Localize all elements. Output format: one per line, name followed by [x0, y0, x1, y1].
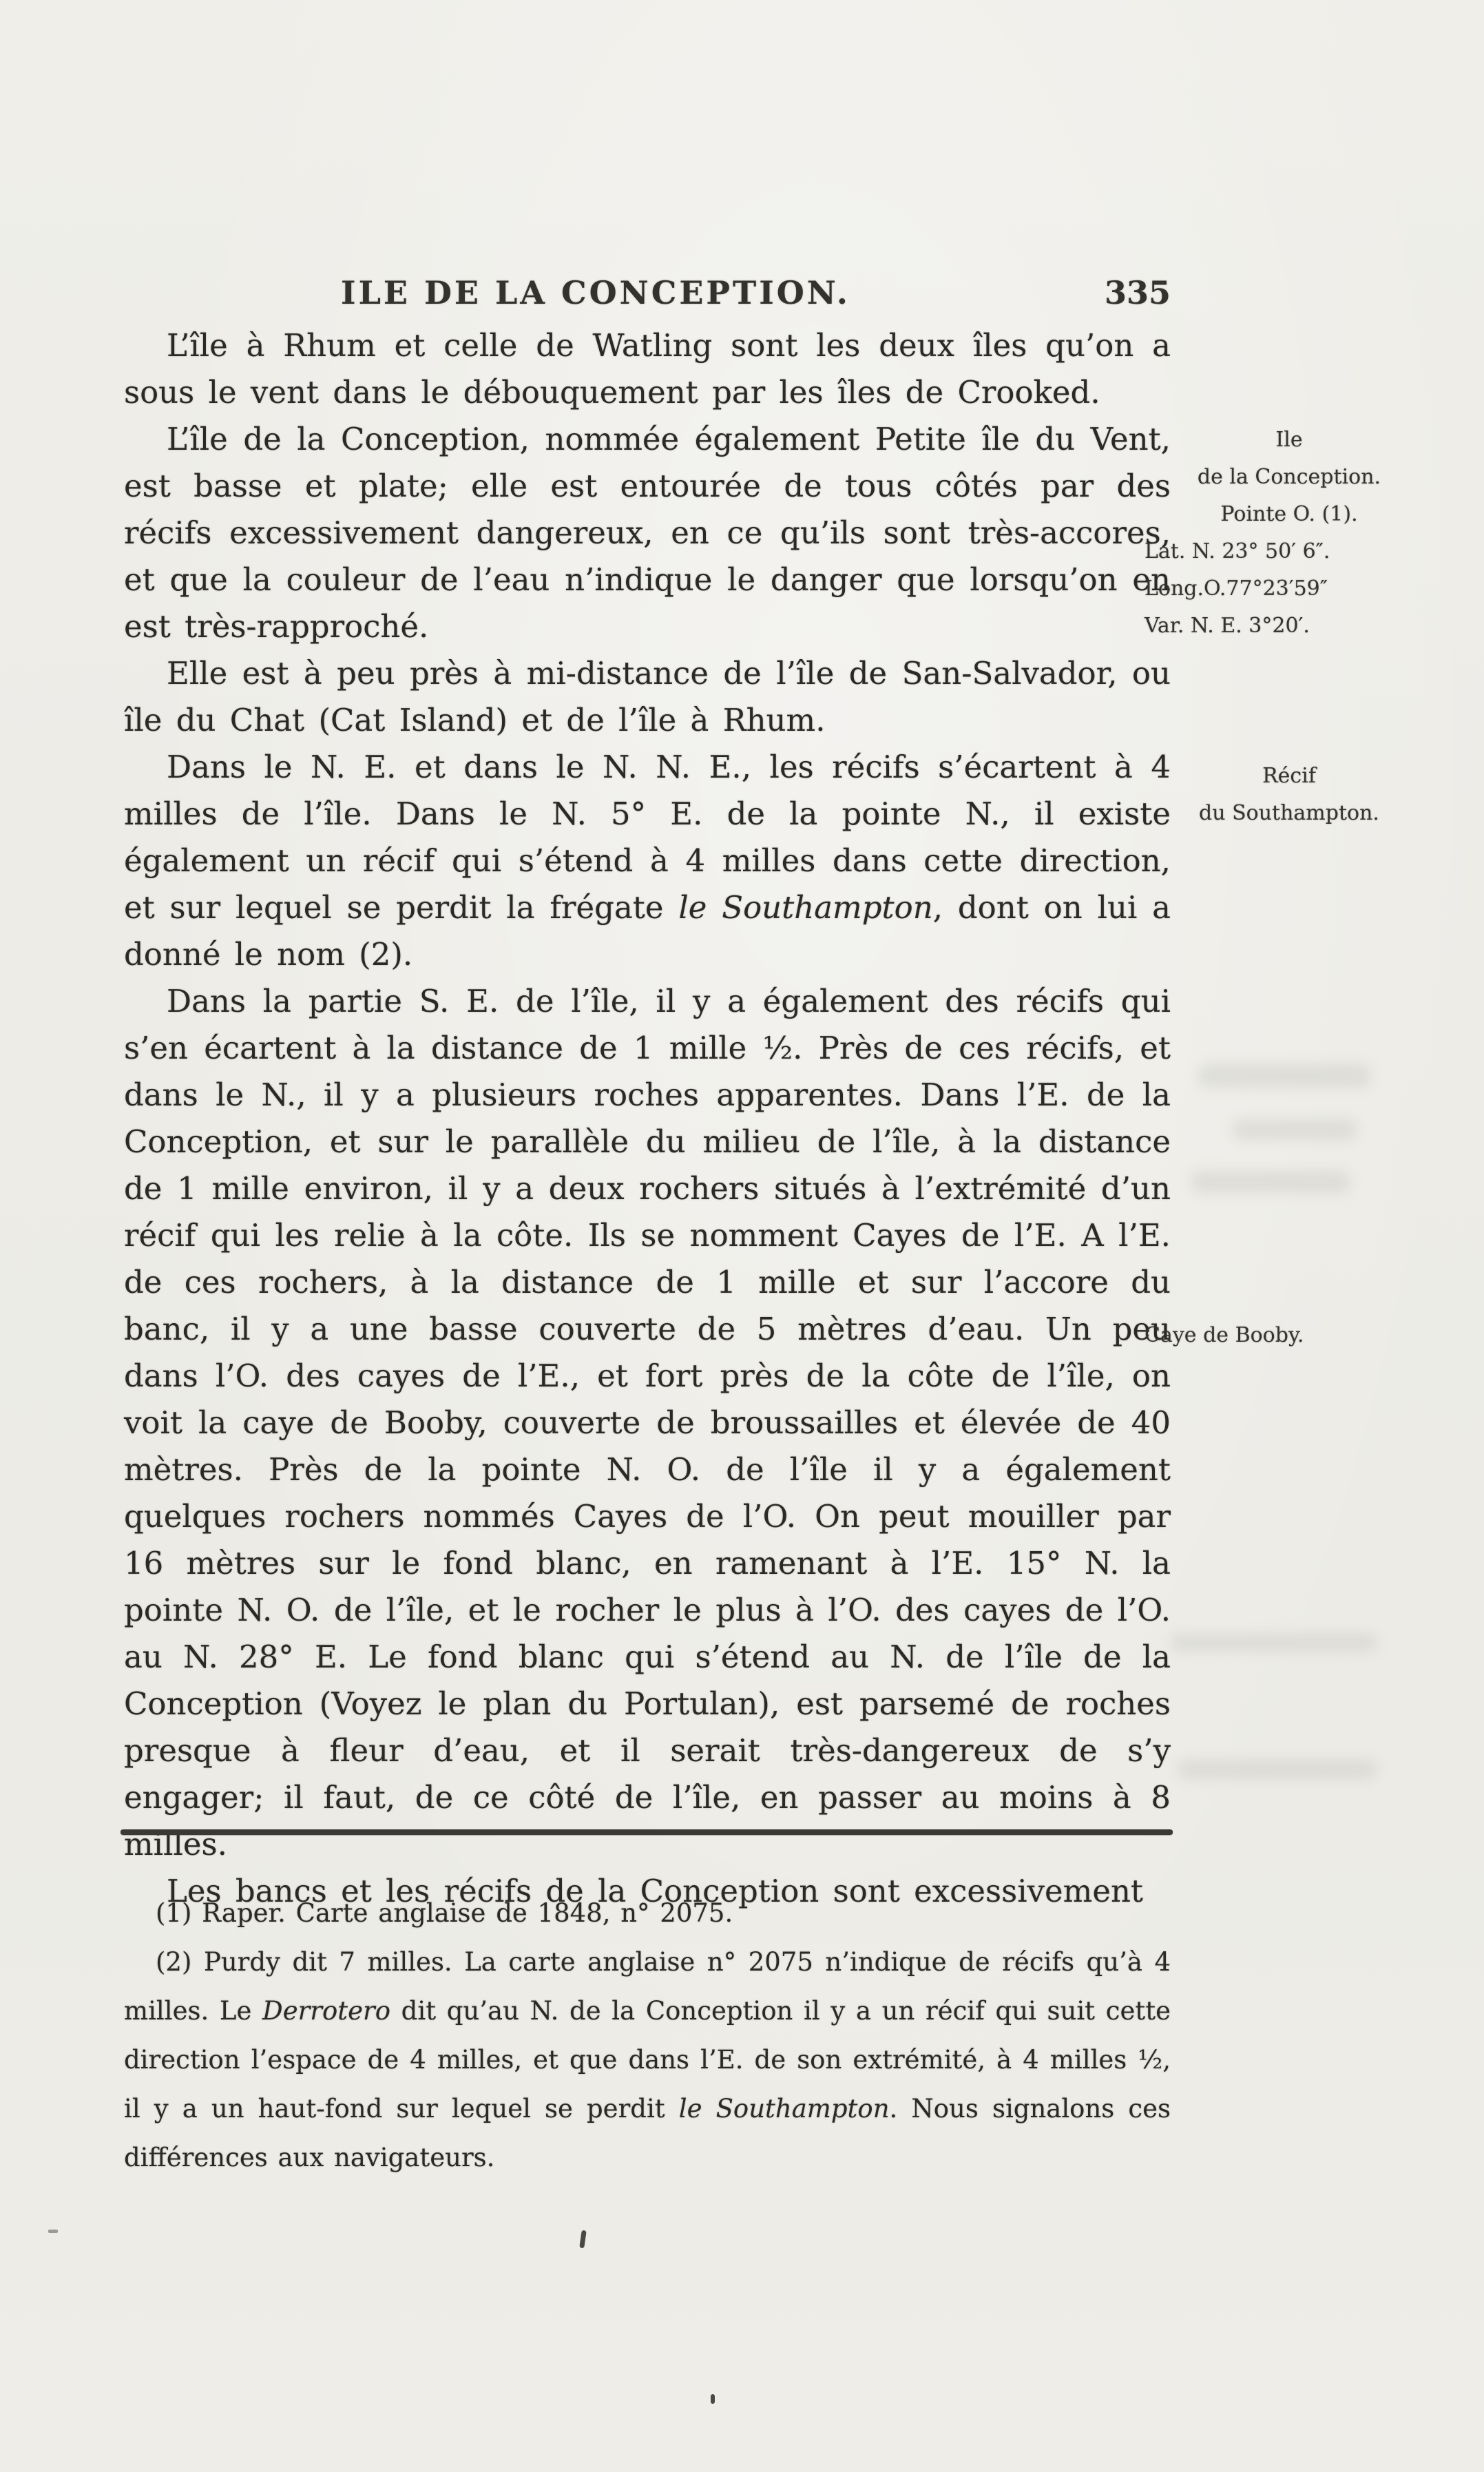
margin-note-longitude: Long.O.77°23′59″ — [1145, 570, 1434, 607]
show-through-smudge — [1198, 1064, 1370, 1088]
margin-note-line: Pointe O. (1). — [1145, 496, 1434, 533]
show-through-smudge — [1171, 1634, 1377, 1652]
footnote-1: (1) Raper. Carte anglaise de 1848, n° 20… — [124, 1889, 1171, 1938]
margin-note-line: Récif — [1145, 758, 1434, 795]
margin-note-line: Ile — [1145, 422, 1434, 459]
ink-speck — [48, 2230, 58, 2233]
paragraph-4: Dans le N. E. et dans le N. N. E., les r… — [124, 744, 1171, 978]
margin-note-line: du Southampton. — [1145, 795, 1434, 832]
page-number: 335 — [964, 274, 1171, 311]
margin-note-latitude: Lat. N. 23° 50′ 6″. — [1145, 533, 1434, 570]
footnote-2: (2) Purdy dit 7 milles. La carte anglais… — [124, 1938, 1171, 2182]
margin-note-variation: Var. N. E. 3°20′. — [1145, 607, 1434, 645]
derrotero-title: Derrotero — [262, 1996, 390, 2026]
margin-note-line: de la Conception. — [1145, 459, 1434, 496]
show-through-smudge — [1178, 1760, 1377, 1779]
paragraph-5: Dans la partie S. E. de l’île, il y a ég… — [124, 978, 1171, 1868]
show-through-smudge — [1191, 1171, 1350, 1193]
ship-name-southampton: le Southampton — [678, 889, 932, 926]
main-text-column: L’île à Rhum et celle de Watling sont le… — [124, 322, 1171, 1915]
running-head-title: ILE DE LA CONCEPTION. — [124, 274, 1067, 311]
ink-speck — [579, 2230, 587, 2249]
show-through-smudge — [1233, 1119, 1357, 1140]
margin-note-recif-southampton: Récif du Southampton. — [1145, 758, 1434, 832]
paragraph-2: L’île de la Conception, nommée également… — [124, 416, 1171, 650]
ship-name-southampton-footnote: le Southampton — [679, 2094, 890, 2123]
footnotes-block: (1) Raper. Carte anglaise de 1848, n° 20… — [124, 1889, 1171, 2182]
paragraph-1: L’île à Rhum et celle de Watling sont le… — [124, 322, 1171, 416]
paragraph-3: Elle est à peu près à mi-distance de l’î… — [124, 650, 1171, 744]
margin-note-ile-conception: Ile de la Conception. Pointe O. (1). Lat… — [1145, 422, 1434, 645]
footnote-separator-rule — [121, 1829, 1173, 1835]
ink-speck — [711, 2394, 715, 2404]
margin-note-caye-de-booby: Caye de Booby. — [1145, 1317, 1434, 1354]
scanned-book-page: ILE DE LA CONCEPTION. 335 L’île à Rhum e… — [0, 0, 1484, 2472]
